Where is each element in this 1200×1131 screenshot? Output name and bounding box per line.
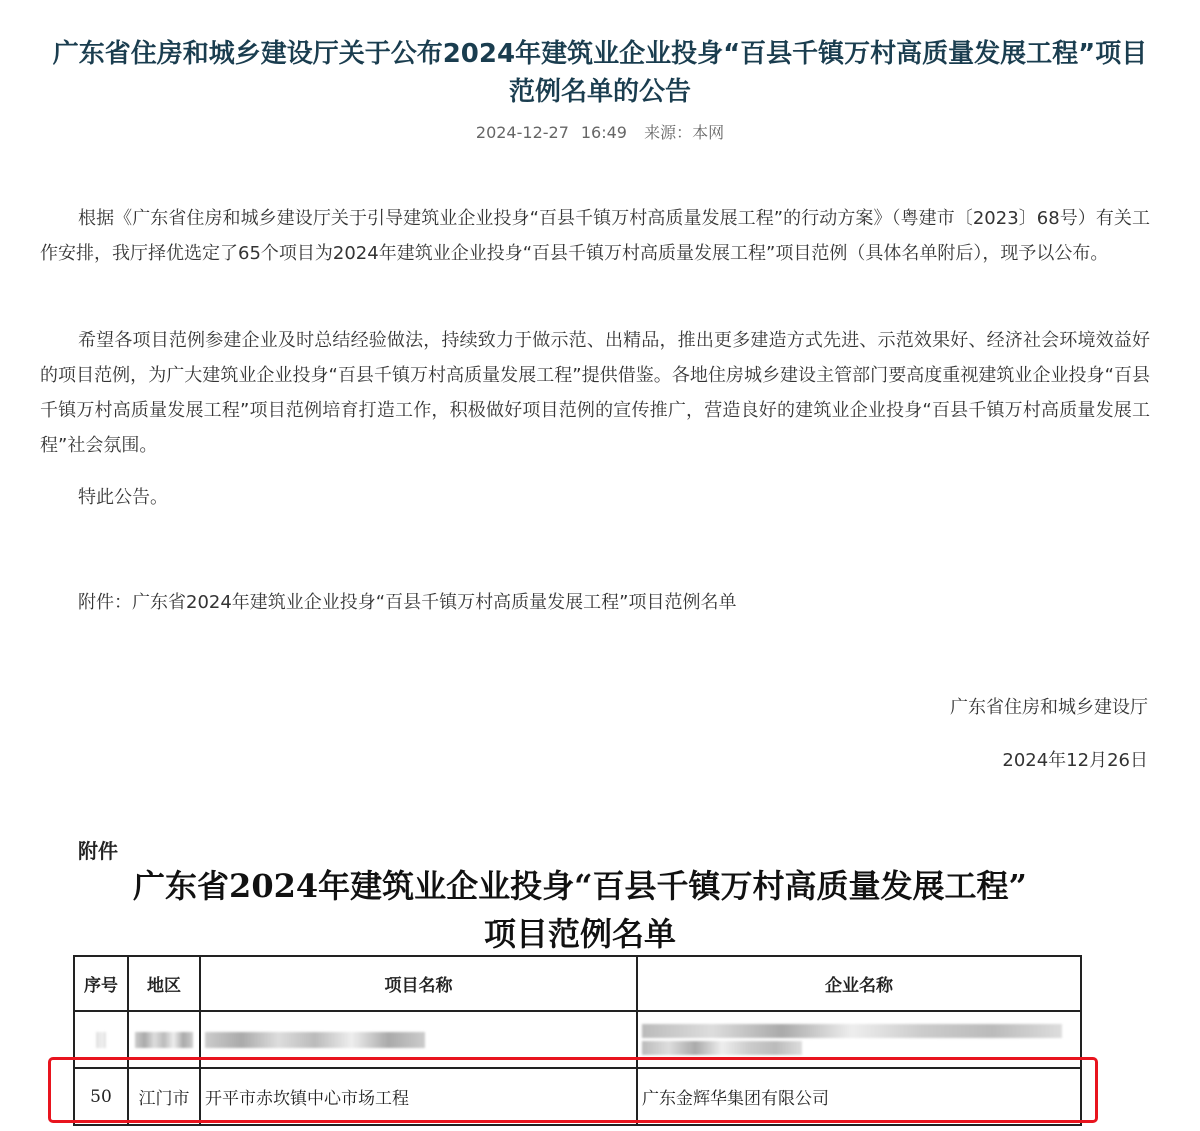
attachment-title-line1: 广东省2024年建筑业企业投身“百县千镇万村高质量发展工程”	[60, 862, 1100, 910]
attachment-title: 广东省2024年建筑业企业投身“百县千镇万村高质量发展工程” 项目范例名单	[60, 862, 1100, 958]
attachment-label: 附件	[78, 835, 118, 864]
attachment-link[interactable]: 附件：广东省2024年建筑业企业投身“百县千镇万村高质量发展工程”项目范例名单	[78, 585, 1188, 620]
signature-org: 广东省住房和城乡建设厅	[950, 693, 1148, 719]
table-header-row: 序号 地区 项目名称 企业名称	[74, 956, 1081, 1011]
article-title: 广东省住房和城乡建设厅关于公布2024年建筑业企业投身“百县千镇万村高质量发展工…	[40, 35, 1160, 111]
header-project: 项目名称	[200, 956, 637, 1011]
paragraph-closing: 特此公告。	[78, 480, 1188, 515]
header-area: 地区	[128, 956, 200, 1011]
highlight-box	[48, 1057, 1098, 1123]
article-source: 来源：本网	[644, 123, 724, 142]
publish-date: 2024-12-27	[476, 123, 569, 142]
paragraph-intro: 根据《广东省住房和城乡建设厅关于引导建筑业企业投身“百县千镇万村高质量发展工程”…	[40, 201, 1150, 271]
paragraph-requirements: 希望各项目范例参建企业及时总结经验做法，持续致力于做示范、出精品，推出更多建造方…	[40, 323, 1150, 463]
signature-date: 2024年12月26日	[1002, 746, 1148, 772]
attachment-title-line2: 项目范例名单	[60, 910, 1100, 958]
publish-time: 16:49	[581, 123, 627, 142]
header-no: 序号	[74, 956, 128, 1011]
article-meta: 2024-12-2716:49 来源：本网	[0, 120, 1200, 143]
header-company: 企业名称	[637, 956, 1081, 1011]
